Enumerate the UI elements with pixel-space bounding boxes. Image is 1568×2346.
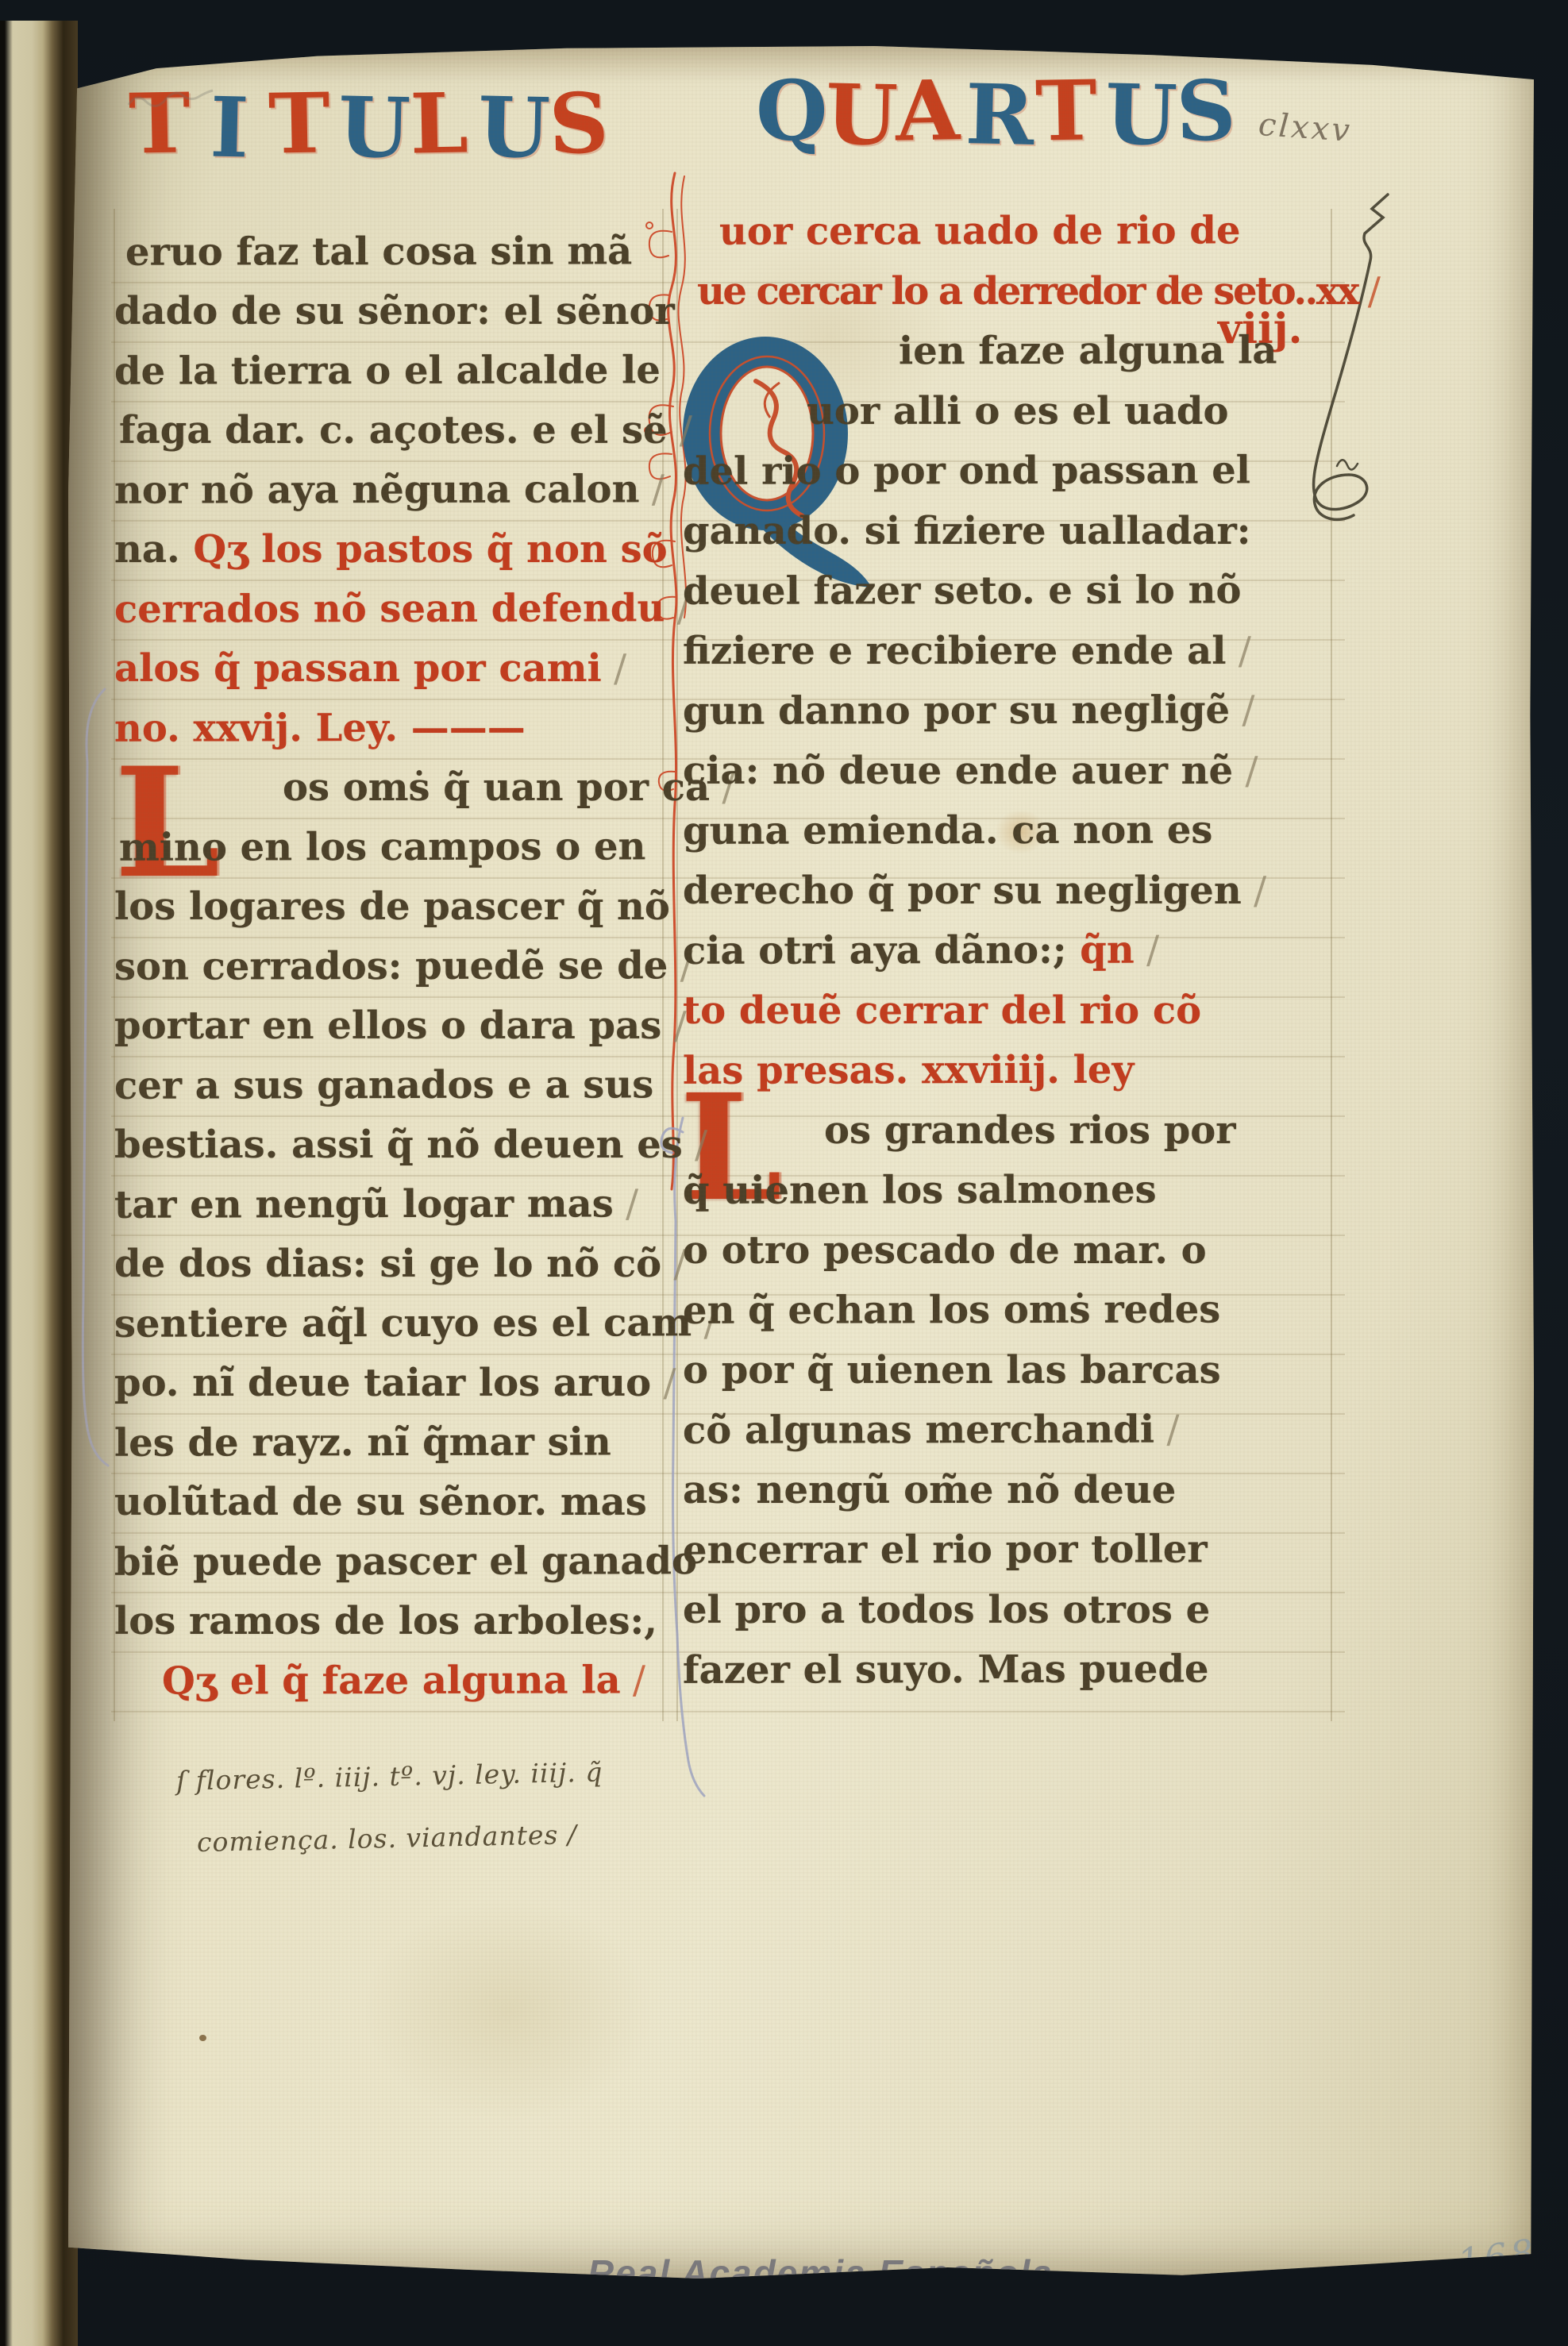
- text-segment: uolũtad de su sẽnor. mas: [114, 1480, 647, 1524]
- text-segment: el pro a todos los otros e: [683, 1588, 1210, 1632]
- text-segment: o otro pescado de mar. o: [683, 1228, 1207, 1273]
- header-letter: U: [477, 86, 541, 170]
- text-line: uor cerca uado de rio de: [683, 201, 1337, 262]
- text-line: tar en nengũ logar mas /: [114, 1174, 674, 1235]
- text-line: biẽ puede pascer el ganado: [114, 1531, 674, 1592]
- text-line: les de rayz. nĩ q̃mar sin: [114, 1412, 674, 1473]
- text-segment: uor alli o es el uado: [807, 389, 1229, 433]
- text-line: los logares de pascer q̃ nõ: [114, 877, 674, 937]
- text-line: son cerrados: puedẽ se de /: [114, 936, 674, 996]
- text-line: fazer el suyo. Mas puede: [683, 1639, 1337, 1701]
- text-line: de dos dias: si ge lo nõ cõ /: [114, 1235, 674, 1294]
- text-column-left: eruo faz tal cosa sin mãdado de su sẽnor…: [114, 222, 674, 1711]
- text-segment: los ramos de los arboles:,: [114, 1599, 657, 1643]
- text-segment: tar en nengũ logar mas: [114, 1181, 614, 1227]
- text-segment: cia otri aya dãno:;: [683, 928, 1080, 973]
- text-line: cõ algunas merchandi /: [683, 1400, 1337, 1461]
- text-line: encerrar el rio por toller: [683, 1520, 1337, 1581]
- text-segment: /: [1233, 749, 1258, 793]
- text-segment: na.: [114, 527, 193, 572]
- text-segment: de la tierra o el alcalde le: [114, 348, 661, 393]
- text-segment: dado de su sẽnor: el sẽnor: [114, 289, 675, 333]
- text-segment: q̃ uienen los salmones: [683, 1168, 1157, 1213]
- text-segment: no. xxvij. Ley. ———: [114, 706, 526, 751]
- text-line: cer a sus ganados e a sus: [114, 1055, 674, 1115]
- text-line: deuel fazer seto. e si lo nõ: [683, 560, 1337, 622]
- text-segment: guna emienda. ca non es: [683, 807, 1213, 853]
- text-segment: as: nengũ om̃e nõ deue: [683, 1468, 1176, 1512]
- header-letter: U: [337, 86, 401, 170]
- watermark: Real Academia Española: [588, 2252, 1054, 2294]
- header-letter: S: [547, 82, 611, 165]
- text-line: gun danno por su negligẽ /: [683, 680, 1337, 742]
- margin-scribble: [125, 73, 237, 121]
- text-segment: to deuẽ cerrar del rio cõ: [683, 988, 1201, 1033]
- text-segment: deuel fazer seto. e si lo nõ: [683, 568, 1242, 613]
- text-line: mino en los campos o en: [114, 817, 674, 877]
- text-segment: /: [1242, 869, 1266, 913]
- text-segment: /: [1226, 629, 1250, 673]
- text-line: bestias. assi q̃ nõ deuen es /: [114, 1115, 674, 1175]
- text-line: de la tierra o el alcalde le: [114, 341, 674, 401]
- text-segment: /: [639, 467, 665, 511]
- text-line: ganado. si fiziere ualladar:: [683, 502, 1337, 562]
- header-letter: R: [965, 73, 1028, 157]
- stain-mark: [199, 2035, 206, 2041]
- text-segment: cerrados nõ sean defendu: [114, 586, 665, 631]
- text-line: cerrados nõ sean defendu /: [114, 579, 674, 639]
- text-segment: las presas. xxviiij. ley: [683, 1048, 1134, 1093]
- page-number: 168: [1455, 2230, 1539, 2283]
- text-segment: os omṡ q̃ uan por ca: [283, 765, 710, 810]
- text-segment: eruo faz tal cosa sin mã: [125, 229, 632, 274]
- facing-page-edge: [0, 21, 78, 2346]
- text-line: alos q̃ passan por cami /: [114, 639, 674, 699]
- text-line: en q̃ echan los omṡ redes: [683, 1280, 1337, 1341]
- gloss-note: ſ flores. lº. iiij. tº. vj. ley. iiij. q…: [176, 1756, 603, 1796]
- text-line: to deuẽ cerrar del rio cõ: [683, 981, 1337, 1042]
- text-line: Qʒ el q̃ faze alguna la /: [114, 1651, 674, 1711]
- text-segment: /: [1135, 928, 1160, 973]
- text-line: guna emienda. ca non es: [683, 800, 1337, 861]
- text-line: os omṡ q̃ uan por ca /: [114, 758, 674, 818]
- text-line: el pro a todos los otros e: [683, 1581, 1337, 1641]
- text-line: eruo faz tal cosa sin mã: [114, 222, 674, 282]
- text-segment: Qʒ el q̃ faze alguna la: [162, 1658, 621, 1703]
- text-segment: q̃n: [1080, 928, 1135, 973]
- text-segment: /: [614, 1181, 639, 1226]
- text-line: sentiere aq̃l cuyo es el cam /: [114, 1293, 674, 1354]
- text-line: cia otri aya dãno:; q̃n /: [683, 920, 1337, 981]
- text-segment: ien faze alguna la: [899, 328, 1277, 373]
- text-segment: biẽ puede pascer el ganado: [114, 1539, 697, 1585]
- text-segment: fiziere e recibiere ende al: [683, 629, 1226, 673]
- header-letter: T: [268, 82, 331, 165]
- text-line: del rio o por ond passan el: [683, 441, 1337, 502]
- text-segment: faga dar. c. açotes. e el sẽ: [119, 408, 668, 453]
- text-line: uor alli o es el uado: [683, 382, 1337, 442]
- header-letter: A: [895, 69, 958, 152]
- text-segment: o por q̃ uienen las barcas: [683, 1348, 1221, 1393]
- text-column-right: uor cerca uado de rio deue cercar lo a d…: [683, 202, 1337, 1701]
- text-segment: /: [1230, 688, 1255, 732]
- text-segment: os grandes rios por: [824, 1108, 1236, 1153]
- text-line: los ramos de los arboles:,: [114, 1592, 674, 1651]
- text-segment: mino en los campos o en: [119, 824, 645, 869]
- text-line: nor nõ aya nẽguna calon /: [114, 460, 674, 520]
- text-segment: del rio o por ond passan el: [683, 448, 1250, 493]
- text-segment: cer a sus ganados e a sus: [114, 1062, 653, 1108]
- text-segment: /: [621, 1658, 646, 1702]
- text-segment: nor nõ aya nẽguna calon: [114, 467, 640, 512]
- text-segment: /: [602, 646, 626, 691]
- folio-note: clxxv: [1258, 106, 1354, 149]
- text-segment: uor cerca uado de rio de: [719, 208, 1241, 253]
- text-segment: cia: nõ deue ende auer nẽ: [683, 749, 1233, 793]
- text-line: ue cercar lo a derredor de seto..xx /: [683, 262, 1337, 322]
- text-segment: po. nĩ deue taiar los aruo: [114, 1361, 651, 1405]
- text-segment: les de rayz. nĩ q̃mar sin: [114, 1420, 611, 1465]
- text-line: os grandes rios por: [683, 1101, 1337, 1161]
- header-quartus: QUARTUS: [756, 70, 1237, 152]
- text-segment: bestias. assi q̃ nõ deuen es: [114, 1123, 683, 1167]
- text-segment: portar en ellos o dara pas: [114, 1004, 661, 1048]
- text-segment: en q̃ echan los omṡ redes: [683, 1287, 1220, 1332]
- text-segment: fazer el suyo. Mas puede: [683, 1647, 1209, 1692]
- gloss-note: comiença. los. viandantes /: [197, 1819, 578, 1858]
- text-segment: Qʒ los pastos q̃ non sõ: [193, 527, 667, 572]
- text-segment: encerrar el rio por toller: [683, 1527, 1208, 1572]
- text-segment: sentiere aq̃l cuyo es el cam: [114, 1300, 692, 1346]
- text-line: faga dar. c. açotes. e el sẽ /: [114, 401, 674, 460]
- text-line: as: nengũ om̃e nõ deue: [683, 1461, 1337, 1521]
- header-letter: Q: [755, 69, 819, 152]
- header-letter: U: [1104, 73, 1168, 157]
- text-line: las presas. xxviiij. ley: [683, 1040, 1337, 1101]
- text-line: q̃ uienen los salmones: [683, 1160, 1337, 1221]
- text-line: uolũtad de su sẽnor. mas: [114, 1473, 674, 1532]
- header-letter: L: [407, 82, 471, 165]
- text-segment: derecho q̃ por su negligen: [683, 869, 1242, 913]
- text-line: po. nĩ deue taiar los aruo /: [114, 1354, 674, 1413]
- text-line: o por q̃ uienen las barcas: [683, 1341, 1337, 1401]
- text-line: na. Qʒ los pastos q̃ non sõ: [114, 520, 674, 580]
- text-segment: de dos dias: si ge lo nõ cõ: [114, 1242, 661, 1286]
- text-segment: los logares de pascer q̃ nõ: [114, 884, 670, 929]
- text-line: fiziere e recibiere ende al /: [683, 622, 1337, 682]
- header-letter: S: [1174, 69, 1238, 152]
- text-segment: /: [651, 1361, 676, 1405]
- text-segment: gun danno por su negligẽ: [683, 688, 1230, 733]
- text-segment: cõ algunas merchandi: [683, 1408, 1154, 1453]
- text-segment: son cerrados: puedẽ se de: [114, 943, 668, 988]
- text-segment: /: [1358, 269, 1378, 314]
- text-segment: ganado. si fiziere ualladar:: [683, 509, 1251, 553]
- header-letter: T: [1034, 69, 1098, 152]
- header-letter: U: [825, 73, 888, 157]
- text-line: cia: nõ deue ende auer nẽ /: [683, 742, 1337, 802]
- text-line: dado de su sẽnor: el sẽnor: [114, 282, 674, 341]
- text-segment: /: [1154, 1408, 1180, 1452]
- text-line: portar en ellos o dara pas /: [114, 996, 674, 1056]
- text-segment: ue cercar lo a derredor de seto..xx: [697, 269, 1358, 314]
- text-segment: alos q̃ passan por cami: [114, 646, 602, 691]
- text-line: o otro pescado de mar. o: [683, 1221, 1337, 1281]
- text-line: derecho q̃ por su negligen /: [683, 861, 1337, 922]
- parchment-page: TITULUS QUARTUS clxxv: [68, 46, 1534, 2279]
- text-line: no. xxvij. Ley. ———: [114, 698, 674, 758]
- text-line: ien faze alguna la: [683, 321, 1337, 382]
